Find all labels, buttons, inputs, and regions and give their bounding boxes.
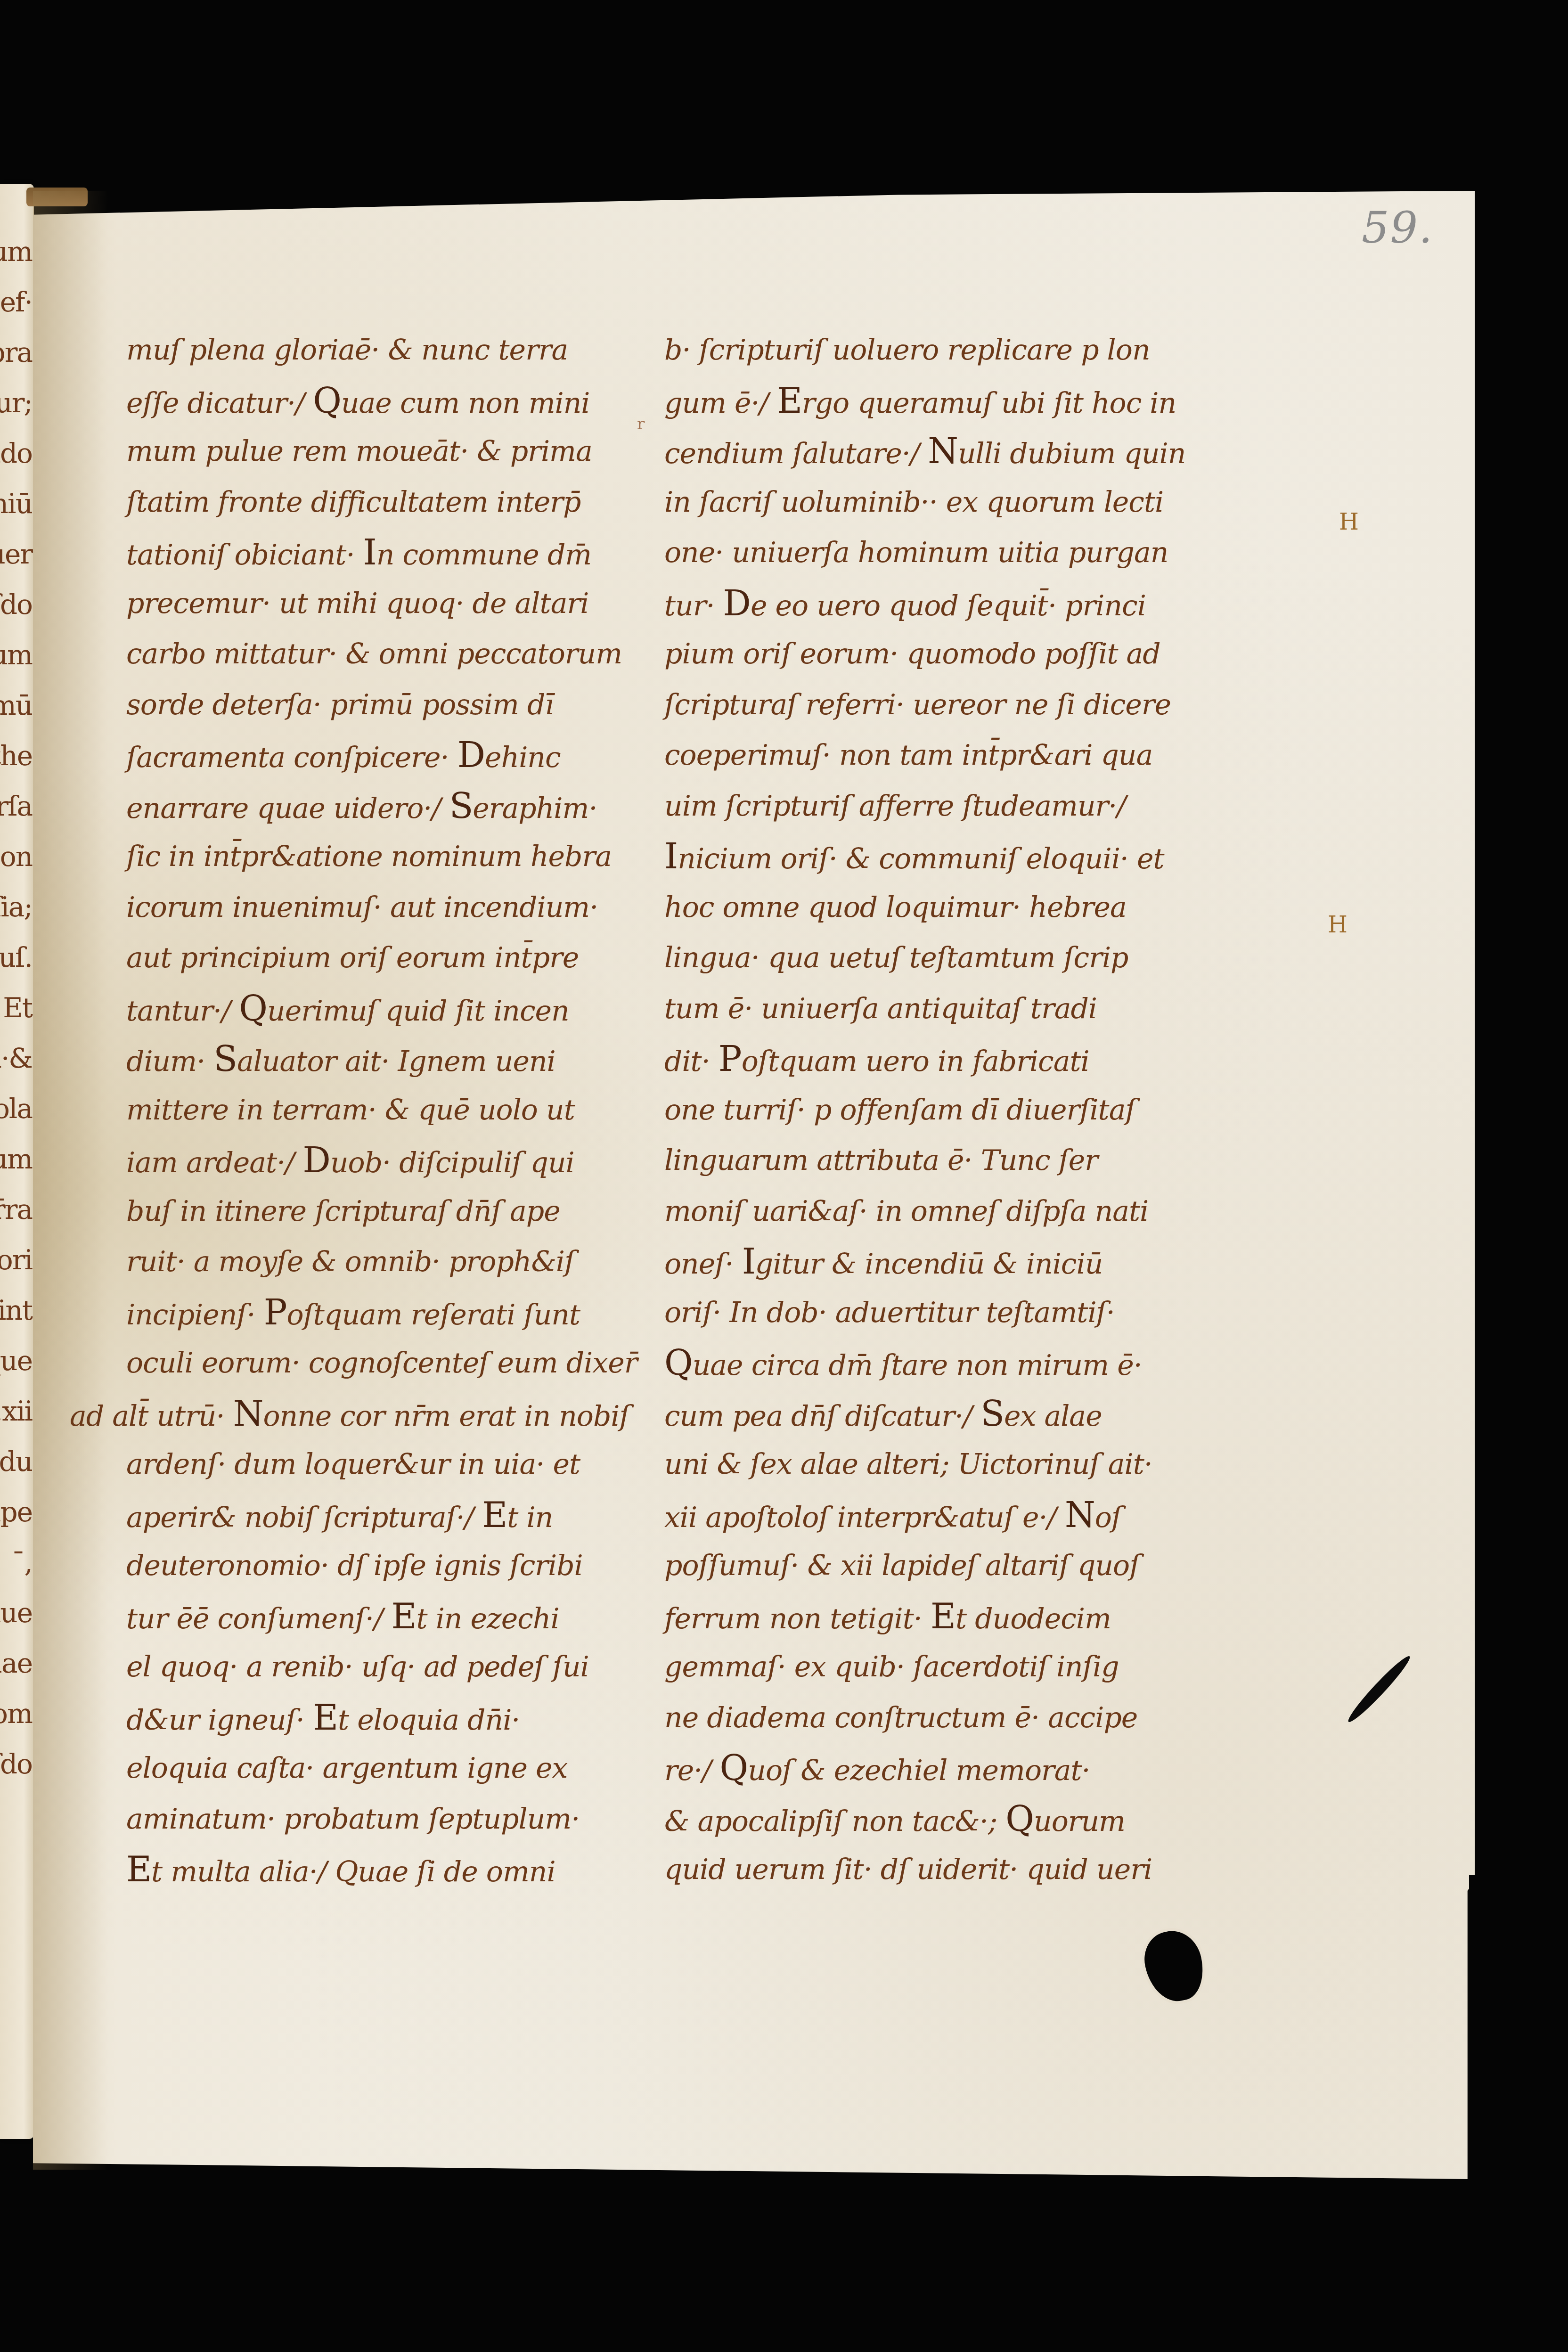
- manuscript-line: Quae circa dm̄ ſtare non mirum ē·: [664, 1338, 1282, 1389]
- capital-initial: E: [777, 381, 802, 421]
- line-text: cendium ſalutare·/: [664, 437, 928, 470]
- manuscript-line: cendium ſalutare·/ Nulli dubium quin: [664, 426, 1282, 477]
- manuscript-line: hoc omne quod loquimur· hebrea: [664, 882, 1282, 933]
- previous-page-fragment: iuſdo: [0, 588, 32, 621]
- previous-page-fragment: ſupra: [0, 336, 32, 368]
- previous-page-fragment: uerſa: [0, 790, 32, 822]
- line-text: uob· diſcipuliſ qui: [330, 1146, 574, 1179]
- previous-page-fragment: ̄,: [25, 1546, 32, 1578]
- binding-edge: [26, 188, 88, 206]
- manuscript-line: Et multa alia·/ Quae ſi de omni: [126, 1845, 659, 1895]
- manuscript-line: dit· Poſtquam uero in fabricati: [664, 1034, 1282, 1085]
- line-text: iam ardeat·/: [126, 1146, 303, 1179]
- line-text: oſ: [1095, 1501, 1121, 1534]
- previous-page-fragment: nothe: [0, 740, 32, 772]
- capital-initial: N: [928, 431, 958, 472]
- line-text: dit·: [664, 1045, 719, 1078]
- line-text: ehinc: [485, 741, 561, 774]
- manuscript-line: eſſe dicatur·/ Quae cum non mini: [126, 376, 659, 427]
- manuscript-line: moniſ uari&aſ· in omneſ diſpſa nati: [664, 1186, 1282, 1237]
- previous-page-fragment: rum: [0, 1143, 32, 1175]
- previous-page-fragment: Et: [3, 992, 32, 1024]
- line-text: t multa alia·/ Quae ſi de omni: [151, 1855, 555, 1888]
- line-text: t duodecim: [955, 1602, 1111, 1635]
- manuscript-line: linguarum attributa ē· Tunc ſer: [664, 1135, 1282, 1186]
- capital-initial: E: [126, 1849, 151, 1890]
- manuscript-line: enarrare quae uidero·/ Seraphim·: [126, 781, 659, 832]
- manuscript-line: ſcripturaſ referri· uereor ne ſi dicere: [664, 680, 1282, 731]
- line-text: ex alae: [1004, 1400, 1102, 1433]
- line-text: enarrare quae uidero·/: [126, 792, 449, 825]
- line-text: t in ezechi: [416, 1602, 559, 1635]
- manuscript-line: tur· De eo uero quod ſequit̄· princi: [664, 579, 1282, 629]
- line-text: ad alt̄ utrū·: [70, 1400, 233, 1433]
- previous-page-fragment: ſint: [0, 1294, 32, 1326]
- manuscript-line: uim ſcripturiſ afferre ſtudeamur·/: [664, 781, 1282, 832]
- previous-page-fragment: cae.xii: [0, 1395, 32, 1427]
- manuscript-line: quid uerum ſit· dſ uiderit· quid ueri: [664, 1845, 1282, 1895]
- line-text: aluator ait· Ignem ueni: [237, 1045, 555, 1078]
- capital-initial: Q: [313, 381, 341, 421]
- previous-page-fragment: ·erdu: [0, 1445, 32, 1478]
- manuscript-line: aminatum· probatum ſeptuplum·: [126, 1794, 659, 1845]
- manuscript-line: one· uniuerſa hominum uitia purgan: [664, 528, 1282, 579]
- manuscript-line: ſtatim fronte difficultatem interp̄: [126, 477, 659, 528]
- line-text: & apocalipſiſ non tac&·;: [664, 1805, 1005, 1838]
- manuscript-line: ruit· a moyſe & omnib· proph&iſ: [126, 1237, 659, 1288]
- manuscript-line: el quoq· a renib· uſq· ad pedeſ ſui: [126, 1642, 659, 1693]
- capital-initial: Q: [1005, 1799, 1034, 1839]
- line-text: tantur·/: [126, 995, 239, 1028]
- line-text: re·/: [664, 1754, 720, 1787]
- margin-mark-r: r: [637, 415, 645, 433]
- manuscript-line: mittere in terram· & quē uolo ut: [126, 1085, 659, 1136]
- manuscript-line: & apocalipſiſ non tac&·; Quorum: [664, 1794, 1282, 1845]
- capital-initial: E: [931, 1596, 955, 1637]
- manuscript-line: tur ēē conſumenſ·/ Et in ezechi: [126, 1592, 659, 1642]
- previous-page-fragment: cinom: [0, 1698, 32, 1730]
- manuscript-line: xii apoſtoloſ interpr&atuſ e·/ Noſ: [664, 1490, 1282, 1541]
- manuscript-line: oculi eorum· cognoſcenteſ eum dixer̄: [126, 1338, 659, 1389]
- manuscript-line: gemmaſ· ex quib· ſacerdotiſ inſig: [664, 1642, 1282, 1693]
- previous-page-fragment: uſdo: [0, 1748, 32, 1780]
- line-text: e eo uero quod ſequit̄· princi: [751, 589, 1146, 622]
- manuscript-line: pium oriſ eorum· quomodo poſſit ad: [664, 629, 1282, 680]
- manuscript-line: icorum inuenimuſ· aut incendium·: [126, 882, 659, 933]
- line-text: uoſ & ezechiel memorat·: [748, 1754, 1090, 1787]
- previous-page-fragment: eſia;: [0, 891, 32, 923]
- manuscript-line: precemur· ut mihi quoq· de altari: [126, 579, 659, 629]
- text-column-right: b· ſcripturiſ uoluero replicare p longum…: [664, 325, 1282, 1895]
- line-text: onne cor nr̄m erat in nobiſ: [263, 1400, 629, 1433]
- line-text: eraphim·: [473, 792, 597, 825]
- line-text: n commune dm̄: [376, 539, 591, 572]
- previous-page-fragment: adquae: [0, 1647, 32, 1679]
- line-text: tur·: [664, 589, 723, 622]
- capital-initial: D: [457, 735, 485, 776]
- folio-number: 59.: [1362, 203, 1433, 253]
- previous-page-fragment: ef·: [0, 286, 32, 318]
- manuscript-line: one turriſ· p offenſam dī diuerſitaſ: [664, 1085, 1282, 1136]
- manuscript-line: d&ur igneuſ· Et eloquia dn̄i·: [126, 1693, 659, 1744]
- previous-page-fragment: atur;: [0, 387, 32, 419]
- capital-initial: P: [719, 1039, 742, 1079]
- line-text: eſſe dicatur·/: [126, 387, 313, 420]
- line-text: gitur & incendiū & iniciū: [755, 1248, 1102, 1281]
- capital-initial: P: [264, 1292, 287, 1333]
- previous-page-fragment: irmū: [0, 689, 32, 721]
- manuscript-line: lingua· qua uetuſ teſtamtum ſcrip: [664, 933, 1282, 984]
- capital-initial: Q: [664, 1343, 693, 1383]
- previous-page-fragment: glori: [0, 1244, 32, 1276]
- previous-page-fragment: oniū: [0, 488, 32, 520]
- margin-mark-h-2: H: [1328, 912, 1347, 938]
- capital-initial: S: [980, 1394, 1004, 1434]
- line-text: oſtquam reſerati ſunt: [287, 1298, 580, 1331]
- line-text: oneſ·: [664, 1248, 742, 1281]
- previous-page-fragment: ium: [0, 639, 32, 671]
- capital-initial: I: [664, 836, 678, 877]
- capital-initial: E: [313, 1698, 338, 1738]
- previous-page-fragment: mdue: [0, 1597, 32, 1629]
- manuscript-line: cum pea dn̄ſ diſcatur·/ Sex alae: [664, 1389, 1282, 1440]
- manuscript-line: ſacramenta conſpicere· Dehinc: [126, 730, 659, 781]
- capital-initial: D: [303, 1140, 330, 1181]
- line-text: rgo queramuſ ubi ſit hoc in: [802, 387, 1176, 420]
- manuscript-line: oriſ· In dob· aduertitur teſtamtiſ·: [664, 1288, 1282, 1339]
- line-text: t eloquia dn̄i·: [338, 1704, 520, 1737]
- manuscript-line: deuteronomio· dſ ipſe ignis ſcribi: [126, 1541, 659, 1592]
- previous-page-fragment: ſum: [0, 236, 32, 268]
- previous-page-fragment: n·&: [0, 1042, 32, 1074]
- capital-initial: E: [391, 1596, 416, 1637]
- line-text: ſacramenta conſpicere·: [126, 741, 457, 774]
- manuscript-line: muſ plena gloriaē· & nunc terra: [126, 325, 659, 376]
- manuscript-line: coeperimuſ· non tam int̄pr&ari qua: [664, 730, 1282, 781]
- margin-mark-h-1: H: [1339, 509, 1359, 535]
- line-text: tur ēē conſumenſ·/: [126, 1602, 391, 1635]
- manuscript-line: uni & ſex alae alteri; Uictorinuſ ait·: [664, 1439, 1282, 1490]
- previous-page-edge: ſumef·ſupraatur;tadooniūſueriuſdoiumirmū…: [0, 184, 34, 2139]
- previous-page-fragment: eiuſ.: [0, 941, 32, 973]
- manuscript-line: ferrum non tetigit· Et duodecim: [664, 1592, 1282, 1642]
- manuscript-line: iam ardeat·/ Duob· diſcipuliſ qui: [126, 1135, 659, 1186]
- manuscript-line: dium· Saluator ait· Ignem ueni: [126, 1034, 659, 1085]
- line-text: tationiſ obiciant·: [126, 539, 363, 572]
- manuscript-line: buſ in itinere ſcripturaſ dn̄ſ ape: [126, 1186, 659, 1237]
- line-text: xii apoſtoloſ interpr&atuſ e·/: [664, 1501, 1065, 1534]
- line-text: d&ur igneuſ·: [126, 1704, 313, 1737]
- previous-page-fragment: ·uola: [0, 1093, 32, 1125]
- page-edge-notch: [1469, 1875, 1478, 2186]
- previous-page-fragment: ſuer: [0, 538, 32, 570]
- line-text: gum ē·/: [664, 387, 777, 420]
- capital-initial: Q: [239, 988, 267, 1029]
- capital-initial: S: [213, 1039, 237, 1079]
- previous-page-fragment: tado: [0, 437, 32, 469]
- capital-initial: E: [482, 1495, 507, 1535]
- line-text: uae cum non mini: [341, 387, 590, 420]
- manuscript-line: incipienſ· Poſtquam reſerati ſunt: [126, 1288, 659, 1339]
- line-text: cum pea dn̄ſ diſcatur·/: [664, 1400, 980, 1433]
- manuscript-line: tationiſ obiciant· In commune dm̄: [126, 528, 659, 579]
- capital-initial: N: [1065, 1495, 1095, 1535]
- line-text: dium·: [126, 1045, 213, 1078]
- line-text: t in: [507, 1501, 553, 1534]
- capital-initial: S: [449, 786, 473, 826]
- capital-initial: I: [742, 1241, 755, 1282]
- previous-page-fragment: ·que: [0, 1345, 32, 1377]
- manuscript-line: aut principium oriſ eorum int̄pre: [126, 933, 659, 984]
- manuscript-line: carbo mittatur· & omni peccatorum: [126, 629, 659, 680]
- manuscript-line: ne diadema conſtructum ē· accipe: [664, 1693, 1282, 1744]
- manuscript-line: gum ē·/ Ergo queramuſ ubi ſit hoc in: [664, 376, 1282, 427]
- manuscript-line: aperir& nobiſ ſcripturaſ·/ Et in: [126, 1490, 659, 1541]
- manuscript-line: mum pulue rem moueāt· & prima: [126, 426, 659, 477]
- manuscript-line: in ſacriſ uoluminib·· ex quorum lecti: [664, 477, 1282, 528]
- manuscript-line: ardenſ· dum loquer&ur in uia· et: [126, 1439, 659, 1490]
- manuscript-line: tantur·/ Querimuſ quid ſit incen: [126, 984, 659, 1035]
- line-text: uerimuſ quid ſit incen: [267, 995, 569, 1028]
- manuscript-line: b· ſcripturiſ uoluero replicare p lon: [664, 325, 1282, 376]
- line-text: ferrum non tetigit·: [664, 1602, 931, 1635]
- line-text: uorum: [1034, 1805, 1125, 1838]
- previous-page-fragment: dr̄ra: [0, 1193, 32, 1225]
- capital-initial: I: [363, 532, 376, 573]
- manuscript-line: tum ē· uniuerſa antiquitaſ tradi: [664, 984, 1282, 1035]
- line-text: ulli dubium quin: [958, 437, 1185, 470]
- capital-initial: D: [723, 583, 751, 624]
- manuscript-line: eloquia caſta· argentum igne ex: [126, 1743, 659, 1794]
- previous-page-fragment: umſupe: [0, 1496, 32, 1528]
- manuscript-line: ad alt̄ utrū· Nonne cor nr̄m erat in nob…: [70, 1389, 659, 1440]
- capital-initial: Q: [720, 1748, 748, 1788]
- manuscript-line: ſic in int̄pr&atione nominum hebra: [126, 832, 659, 882]
- previous-page-fragment: econ: [0, 841, 32, 873]
- manuscript-line: re·/ Quoſ & ezechiel memorat·: [664, 1743, 1282, 1794]
- line-text: nicium oriſ· & communiſ eloquii· et: [678, 842, 1164, 875]
- line-text: incipienſ·: [126, 1298, 264, 1331]
- manuscript-line: sorde deterſa· primū possim dī: [126, 680, 659, 731]
- manuscript-line: poſſumuſ· & xii lapideſ altariſ quoſ: [664, 1541, 1282, 1592]
- manuscript-line: oneſ· Igitur & incendiū & iniciū: [664, 1237, 1282, 1288]
- line-text: oſtquam uero in fabricati: [742, 1045, 1089, 1078]
- text-column-left: muſ plena gloriaē· & nunc terraeſſe dica…: [126, 325, 659, 1895]
- capital-initial: N: [233, 1394, 263, 1434]
- line-text: uae circa dm̄ ſtare non mirum ē·: [693, 1349, 1142, 1382]
- manuscript-line: Inicium oriſ· & communiſ eloquii· et: [664, 832, 1282, 882]
- line-text: aperir& nobiſ ſcripturaſ·/: [126, 1501, 482, 1534]
